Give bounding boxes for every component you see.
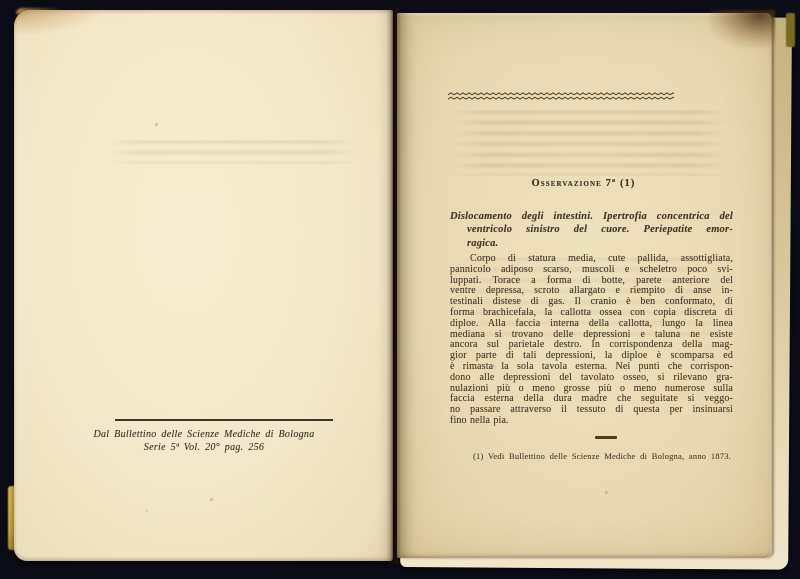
body-text-line: pannicolo adiposo scarso, muscoli e sche…	[450, 265, 733, 276]
body-text-line: diploe. Alla faccia interna della callot…	[450, 319, 733, 330]
case-subtitle: Dislocamento degli intestini. Ipertrofia…	[450, 210, 733, 250]
corner-stain	[709, 10, 775, 48]
book-scan: Dal Bullettino delle Scienze Mediche di …	[0, 0, 800, 579]
left-page: Dal Bullettino delle Scienze Mediche di …	[14, 10, 393, 561]
foxing-spot	[493, 365, 495, 367]
body-paragraph: Corpo di statura media, cute pallida, as…	[450, 254, 733, 427]
gutter-shadow	[387, 8, 401, 564]
section-heading: Osservazione 7ª (1)	[450, 178, 717, 189]
body-text-line: fino nella pia.	[450, 416, 733, 427]
subtitle-line: ventricolo sinistro del cuore. Periepati…	[450, 223, 733, 236]
foxing-spot	[605, 491, 608, 494]
show-through-text	[452, 110, 728, 176]
show-through-text	[109, 140, 357, 164]
wavy-rule-ornament	[448, 92, 674, 101]
subtitle-line: ragica.	[450, 237, 733, 250]
right-page: Osservazione 7ª (1) Dislocamento degli i…	[397, 13, 771, 558]
imprint-block: Dal Bullettino delle Scienze Mediche di …	[14, 419, 393, 455]
body-text-line: dono alle depressioni del tavolato osseo…	[450, 373, 733, 384]
foxing-spot	[146, 510, 148, 512]
foxing-spot	[210, 498, 213, 501]
footnote-rule	[595, 436, 617, 439]
footnote: (1) Vedi Bullettino delle Scienze Medich…	[450, 451, 731, 461]
fore-edge-sliver	[786, 13, 795, 47]
imprint-line-2: Serie 5ª Vol. 20° pag. 256	[54, 441, 354, 455]
imprint-rule	[115, 419, 333, 421]
subtitle-line: Dislocamento degli intestini. Ipertrofia…	[450, 210, 733, 223]
foxing-spot	[155, 123, 158, 126]
imprint-line-1: Dal Bullettino delle Scienze Mediche di …	[54, 428, 354, 442]
